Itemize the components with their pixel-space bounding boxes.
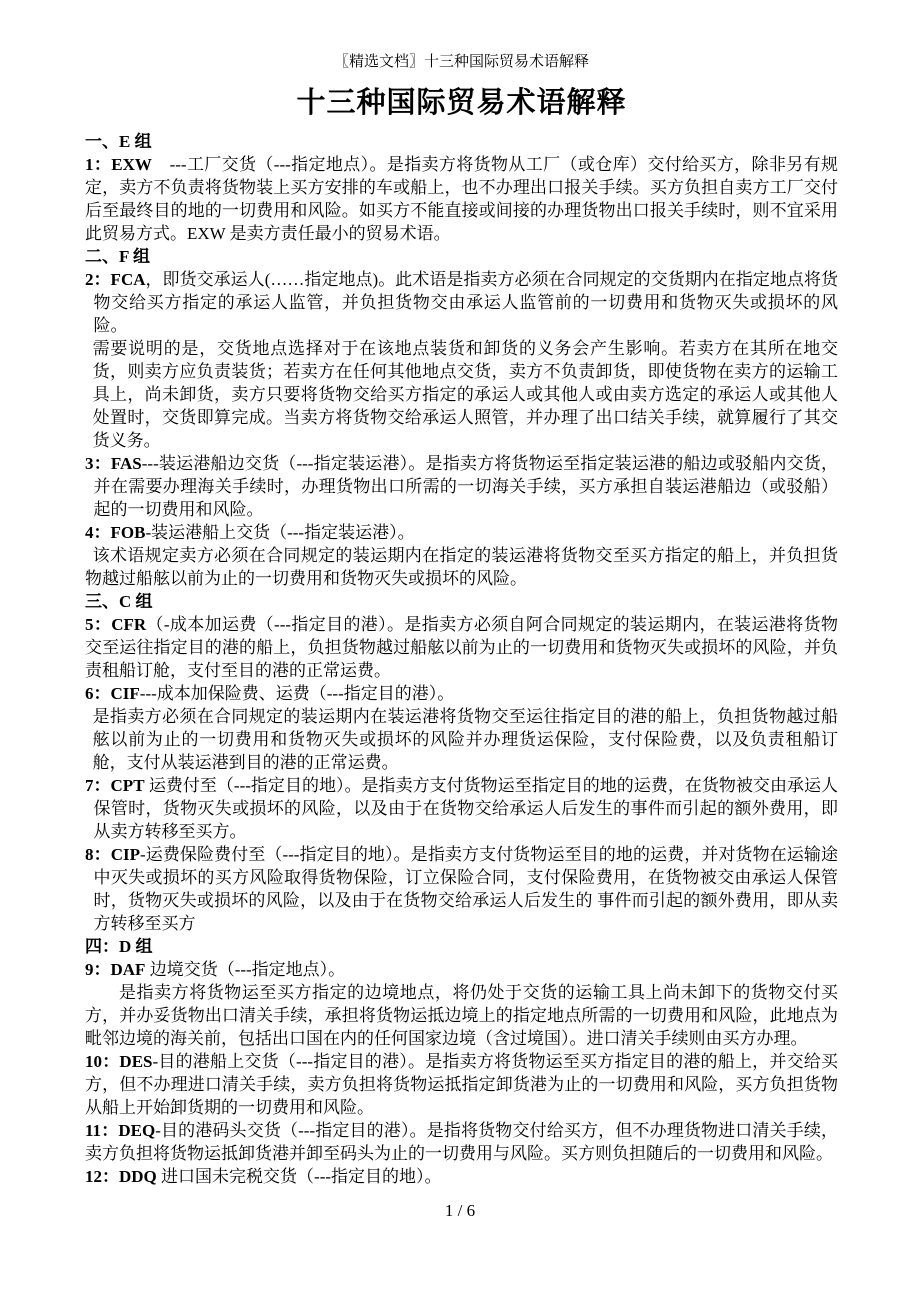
term-label-cfr: 5：CFR xyxy=(85,615,146,634)
term-text-cpt: 运费付至（---指定目的地）。是指卖方支付货物运至指定目的地的运费，在货物被交由… xyxy=(94,776,839,841)
term-item-deq: 11：DEQ-目的港码头交货（---指定目的港）。是指将货物交付给买方，但不办理… xyxy=(85,1119,838,1165)
section-heading-f-group: 二、F 组 xyxy=(85,245,838,268)
section-heading-d-group: 四：D 组 xyxy=(85,935,838,958)
term-label-fca: 2：FCA xyxy=(85,270,146,289)
term-text-cif: ---成本加保险费、运费（---指定目的港）。 xyxy=(140,684,454,703)
term-label-deq: 11：DEQ xyxy=(85,1121,155,1140)
term-item-daf: 9：DAF 边境交货（---指定地点）。 xyxy=(85,958,838,981)
term-text-cfr: （-成本加运费（---指定目的港）。是指卖方必须自阿合同规定的装运期内，在装运港… xyxy=(85,615,838,680)
term-text-fas: ---装运港船边交货（---指定装运港）。是指卖方将货物运至指定装运港的船边或驳… xyxy=(94,454,839,519)
term-text-deq: -目的港码头交货（---指定目的港）。是指将货物交付给买方，但不办理货物进口清关… xyxy=(85,1121,838,1163)
term-item-fas: 3：FAS---装运港船边交货（---指定装运港）。是指卖方将货物运至指定装运港… xyxy=(85,452,838,521)
section-heading-c-group: 三、C 组 xyxy=(85,590,838,613)
term-text-fca: ，即货交承运人(……指定地点)。此术语是指卖方必须在合同规定的交货期内在指定地点… xyxy=(94,270,839,335)
term-item-cif: 6：CIF---成本加保险费、运费（---指定目的港）。 xyxy=(85,682,838,705)
term-item-exw: 1：EXW ---工厂交货（---指定地点）。是指卖方将货物从工厂（或仓库）交付… xyxy=(85,153,838,245)
term-item-cip: 8：CIP-运费保险费付至（---指定目的地）。是指卖方支付货物运至目的地的运费… xyxy=(85,843,838,935)
term-paragraph-cif-detail: 是指卖方必须在合同规定的装运期内在装运港将货物交至运往指定目的港的船上，负担货物… xyxy=(85,705,838,774)
term-label-ddq: 12：DDQ xyxy=(85,1167,157,1186)
term-text-cip: -运费保险费付至（---指定目的地）。是指卖方支付货物运至目的地的运费，并对货物… xyxy=(94,845,839,933)
term-paragraph-fca-note: 需要说明的是，交货地点选择对于在该地点装货和卸货的义务会产生影响。若卖方在其所在… xyxy=(85,337,838,452)
term-paragraph-daf-detail: 是指卖方将货物运至买方指定的边境地点，将仍处于交货的运输工具上尚未卸下的货物交付… xyxy=(85,981,838,1050)
term-label-cip: 8：CIP xyxy=(85,845,140,864)
term-label-fob: 4：FOB xyxy=(85,523,145,542)
term-item-des: 10：DES-目的港船上交货（---指定目的港）。是指卖方将货物运至买方指定目的… xyxy=(85,1050,838,1119)
term-item-ddq: 12：DDQ 进口国未完税交货（---指定目的地）。 xyxy=(85,1165,838,1188)
term-item-cfr: 5：CFR（-成本加运费（---指定目的港）。是指卖方必须自阿合同规定的装运期内… xyxy=(85,613,838,682)
term-label-cif: 6：CIF xyxy=(85,684,140,703)
page-number: 1 / 6 xyxy=(0,1200,920,1222)
term-text-des: -目的港船上交货（---指定目的港）。是指卖方将货物运至买方指定目的港的船上，并… xyxy=(85,1052,838,1117)
term-label-fas: 3：FAS xyxy=(85,454,142,473)
term-item-fca: 2：FCA，即货交承运人(……指定地点)。此术语是指卖方必须在合同规定的交货期内… xyxy=(85,268,838,337)
document-body: 一、E 组 1：EXW ---工厂交货（---指定地点）。是指卖方将货物从工厂（… xyxy=(85,130,838,1188)
section-heading-e-group: 一、E 组 xyxy=(85,130,838,153)
document-page: 〖精选文档〗十三种国际贸易术语解释 十三种国际贸易术语解释 一、E 组 1：EX… xyxy=(0,0,920,1302)
term-label-cpt: 7：CPT xyxy=(85,776,145,795)
term-label-exw: 1：EXW xyxy=(85,155,152,174)
term-paragraph-fob-detail: 该术语规定卖方必须在合同规定的装运期内在指定的装运港将货物交至买方指定的船上，并… xyxy=(85,544,838,590)
document-header: 〖精选文档〗十三种国际贸易术语解释 xyxy=(85,52,838,72)
page-title: 十三种国际贸易术语解释 xyxy=(85,85,838,121)
term-item-cpt: 7：CPT 运费付至（---指定目的地）。是指卖方支付货物运至指定目的地的运费，… xyxy=(85,774,838,843)
term-text-ddq: 进口国未完税交货（---指定目的地）。 xyxy=(157,1167,442,1186)
term-item-fob: 4：FOB-装运港船上交货（---指定装运港）。 xyxy=(85,521,838,544)
term-label-daf: 9：DAF xyxy=(85,960,145,979)
term-text-fob: -装运港船上交货（---指定装运港）。 xyxy=(145,523,414,542)
term-text-exw: ---工厂交货（---指定地点）。是指卖方将货物从工厂（或仓库）交付给买方，除非… xyxy=(85,155,838,243)
term-label-des: 10：DES xyxy=(85,1052,153,1071)
term-text-daf: 边境交货（---指定地点）。 xyxy=(145,960,345,979)
